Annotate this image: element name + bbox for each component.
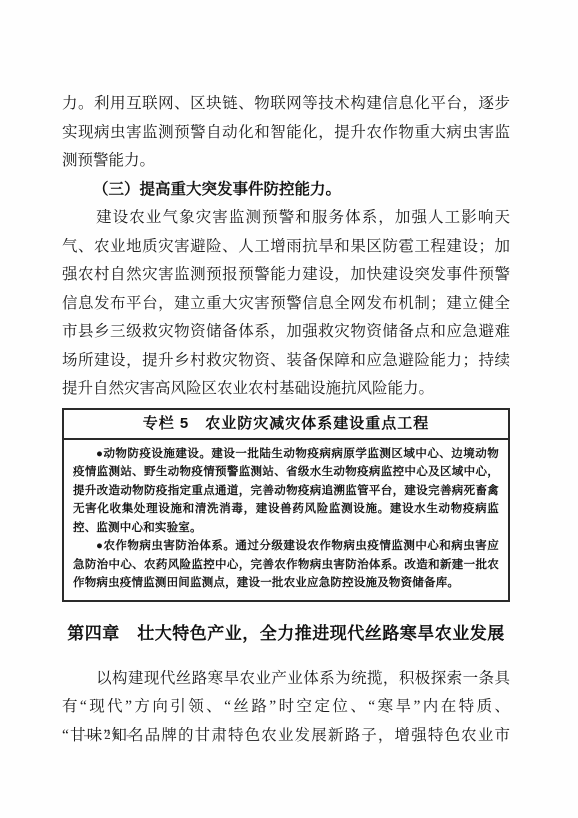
body-text-line: 有“现代”方向引领、“丝路”时空定位、“寒旱”内在特质、 <box>62 693 510 722</box>
chapter-heading: 第四章 壮大特色产业，全力推进现代丝路寒旱农业发展 <box>62 622 510 646</box>
paragraph-disaster-prevention: 建设农业气象灾害监测预警和服务体系，加强人工影响天 气、农业地质灾害避险、人工增… <box>62 204 510 404</box>
column-box-item: ●农作物病虫害防治体系。通过分级建设农作物病虫疫情监测中心和病虫害应急防治中心、… <box>73 537 499 593</box>
body-text-line: 气、农业地质灾害避险、人工增雨抗旱和果区防雹工程建设；加 <box>62 233 510 262</box>
body-text-line: 提升自然灾害高风险区农业农村基础设施抗风险能力。 <box>62 375 510 404</box>
column-box-item: ●动物防疫设施建设。建设一批陆生动物疫病病原学监测区域中心、边境动物疫情监测站、… <box>73 445 499 538</box>
body-text-line: 市县乡三级救灾物资储备体系，加强救灾物资储备点和应急避难 <box>62 318 510 347</box>
body-text-line: 信息发布平台，建立重大灾害预警信息全网发布机制；建立健全 <box>62 290 510 319</box>
column-box-5: 专栏 5 农业防灾减灾体系建设重点工程 ●动物防疫设施建设。建设一批陆生动物疫病… <box>62 408 510 602</box>
body-text-line: 场所建设，提升乡村救灾物资、装备保障和应急避险能力；持续 <box>62 347 510 376</box>
page-number: — 26 — <box>84 727 142 743</box>
body-text-line: 以构建现代丝路寒旱农业产业体系为统揽，积极探索一条具 <box>62 665 510 694</box>
body-text-line: 建设农业气象灾害监测预警和服务体系，加强人工影响天 <box>62 204 510 233</box>
column-box-title: 专栏 5 农业防灾减灾体系建设重点工程 <box>64 410 508 440</box>
text-column: 力。利用互联网、区块链、物联网等技术构建信息化平台，逐步 实现病虫害监测预警自动… <box>62 90 510 750</box>
body-text-line: 力。利用互联网、区块链、物联网等技术构建信息化平台，逐步 <box>62 90 510 119</box>
body-text-line: 实现病虫害监测预警自动化和智能化，提升农作物重大病虫害监 <box>62 119 510 148</box>
column-box-body: ●动物防疫设施建设。建设一批陆生动物疫病病原学监测区域中心、边境动物疫情监测站、… <box>64 440 508 600</box>
body-text-line: 测预警能力。 <box>62 147 510 176</box>
document-page: 力。利用互联网、区块链、物联网等技术构建信息化平台，逐步 实现病虫害监测预警自动… <box>0 0 578 818</box>
body-text-line: 强农村自然灾害监测预报预警能力建设，加快建设突发事件预警 <box>62 261 510 290</box>
paragraph-continued: 力。利用互联网、区块链、物联网等技术构建信息化平台，逐步 实现病虫害监测预警自动… <box>62 90 510 176</box>
section-subheading: （三）提高重大突发事件防控能力。 <box>62 176 510 205</box>
